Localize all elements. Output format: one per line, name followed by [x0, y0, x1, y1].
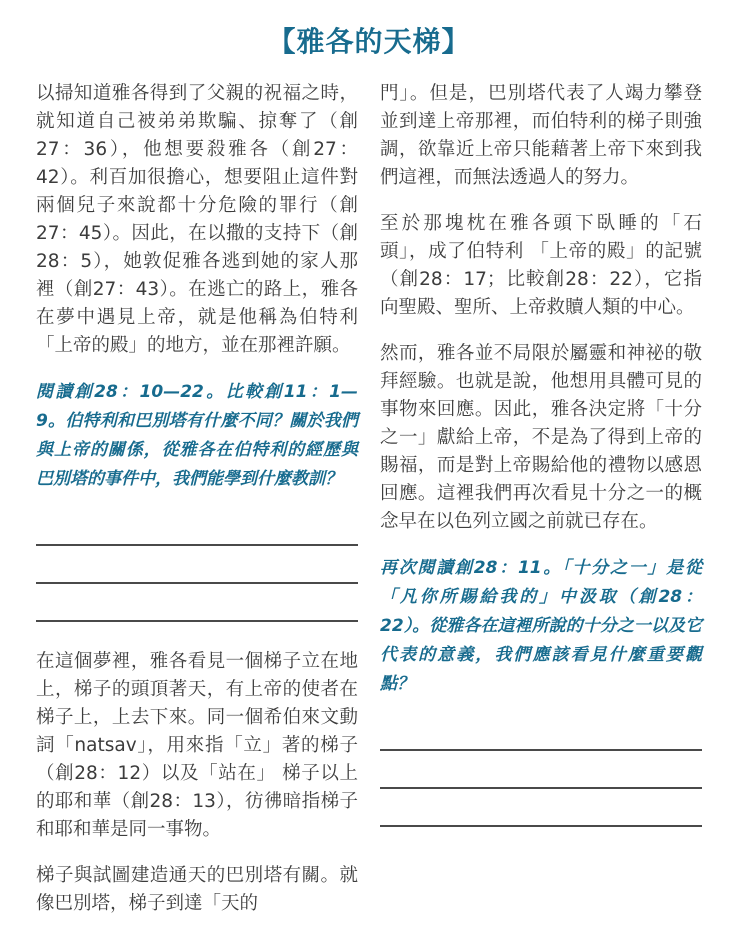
answer-line: [380, 789, 702, 827]
right-column: 門」。但是，巴別塔代表了人竭力攀登並到達上帝那裡，而伯特利的梯子則強調，欲靠近上…: [380, 80, 702, 918]
paragraph: 至於那塊枕在雅各頭下臥睡的「石頭」，成了伯特利 「上帝的殿」的記號（創28：17…: [380, 210, 702, 322]
paragraph: 梯子與試圖建造通天的巴別塔有關。就像巴別塔，梯子到達「天的: [36, 862, 358, 918]
answer-lines-group: [380, 713, 702, 827]
answer-line: [36, 546, 358, 584]
answer-line: [380, 713, 702, 751]
paragraph: 門」。但是，巴別塔代表了人竭力攀登並到達上帝那裡，而伯特利的梯子則強調，欲靠近上…: [380, 80, 702, 192]
lesson-page: 【雅各的天梯】 以掃知道雅各得到了父親的祝福之時，就知道自己被弟弟欺騙、掠奪了（…: [0, 0, 736, 939]
answer-line: [36, 584, 358, 622]
page-title: 【雅各的天梯】: [36, 20, 702, 60]
paragraph: 以掃知道雅各得到了父親的祝福之時，就知道自己被弟弟欺騙、掠奪了（創27：36），…: [36, 80, 358, 360]
answer-lines-group: [36, 508, 358, 622]
answer-line: [380, 751, 702, 789]
two-column-layout: 以掃知道雅各得到了父親的祝福之時，就知道自己被弟弟欺騙、掠奪了（創27：36），…: [36, 80, 702, 918]
study-question: 閱讀創28：10—22。比較創11：1—9。伯特利和巴別塔有什麼不同？關於我們與…: [36, 378, 358, 494]
study-question: 再次閱讀創28：11。「十分之一」是從「凡你所賜給我的」中汲取（創28：22）。…: [380, 554, 702, 699]
paragraph: 在這個夢裡，雅各看見一個梯子立在地上，梯子的頭頂著天，有上帝的使者在梯子上，上去…: [36, 648, 358, 844]
left-column: 以掃知道雅各得到了父親的祝福之時，就知道自己被弟弟欺騙、掠奪了（創27：36），…: [36, 80, 358, 918]
answer-line: [36, 508, 358, 546]
paragraph: 然而，雅各並不局限於屬靈和神祕的敬拜經驗。也就是說，他想用具體可見的事物來回應。…: [380, 340, 702, 536]
